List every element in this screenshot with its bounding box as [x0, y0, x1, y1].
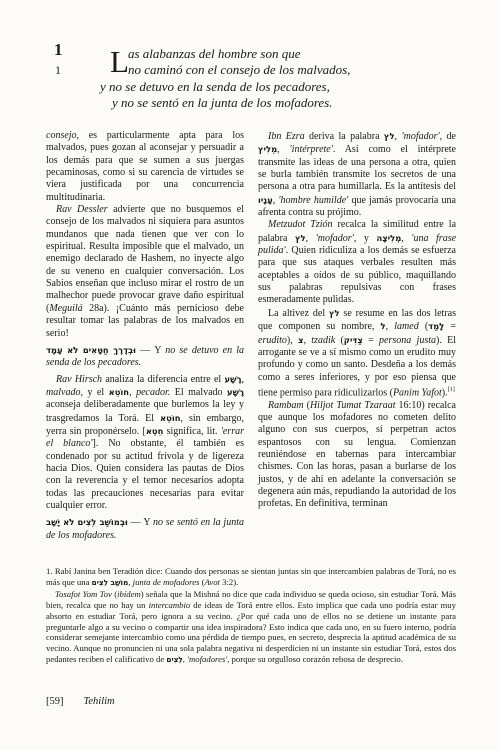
hebrew-text: וּבְמוֹשַׁב לֵצִים לֹא יָשָׁב — [46, 517, 128, 527]
page-number: [59] — [46, 696, 64, 707]
text-segment: Tosafot Yom Tov — [55, 589, 112, 599]
hebrew-text: מְלִיצָה — [376, 233, 401, 243]
hebrew-text: וּבְדֶרֶךְ חַטָּאִים לֹא עָמָד — [46, 345, 136, 355]
text-segment: = — [444, 321, 456, 332]
hebrew-text: עָנָיו — [258, 195, 273, 205]
text-segment: . Quien ridiculiza a los demás se esfuer… — [258, 245, 456, 305]
text-segment: Meguilá — [49, 303, 82, 314]
text-segment: , y — [354, 233, 377, 244]
text-segment: El malvado — [170, 387, 227, 398]
text-segment: , — [242, 374, 245, 385]
text-segment: 3:2). — [220, 577, 238, 587]
text-segment: ibídem — [117, 589, 141, 599]
text-segment: — Y — [128, 517, 153, 528]
text-segment: , porque su orgulloso corazón rebosa de … — [227, 654, 403, 664]
text-segment: advierte que no busquemos el consejo de … — [46, 204, 244, 314]
hebrew-text: רָשָׁע — [225, 374, 242, 384]
text-segment: significa, lit. — [163, 426, 220, 437]
poem-line: y no se sentó en la junta de los mofador… — [112, 95, 440, 111]
hebrew-text: חֵטְא — [146, 426, 164, 436]
hebrew-text: צַדִּיק — [344, 335, 363, 345]
text-segment: , — [386, 321, 395, 332]
text-segment: La altivez del — [268, 308, 329, 319]
text-segment: Rav Hirsch — [56, 374, 102, 385]
text-segment: persona justa — [379, 335, 436, 346]
commentary-columns: consejo, es particularmente apta para lo… — [46, 130, 456, 545]
text-segment: y el — [83, 387, 109, 398]
text-segment: malvado, — [46, 387, 83, 398]
hebrew-text: רָשָׁע — [227, 387, 244, 397]
hebrew-text: מוֹשַׁב לֵצִים — [92, 578, 129, 587]
poem-line: y no se detuvo en la senda de los pecado… — [100, 79, 440, 95]
text-segment: , de — [440, 131, 456, 142]
hebrew-text: לץ — [329, 308, 340, 318]
text-segment: intercambio — [149, 600, 191, 610]
hebrew-text: חוֹטֵא — [160, 413, 180, 423]
text-segment: — Y — [136, 345, 165, 356]
hebrew-text: חוֹטֵא — [109, 387, 129, 397]
text-segment: Rambam — [268, 400, 304, 411]
footnote-paragraph: Tosafot Yom Tov (ibídem) señala que la M… — [46, 589, 456, 666]
commentary-paragraph: Rambam (Hiljot Tumat Tzaraat 16:10) reca… — [258, 400, 456, 511]
text-segment: junta de mofadores — [133, 577, 200, 587]
text-segment: ( — [419, 321, 428, 332]
text-segment: , — [306, 233, 316, 244]
commentary-paragraph: Rav Dessler advierte que no busquemos el… — [46, 204, 244, 340]
text-segment: ), — [287, 335, 298, 346]
hebrew-text: לץ — [295, 233, 306, 243]
right-column: Ibn Ezra deriva la palabra לץ, 'mofador'… — [258, 130, 456, 545]
verse-poem: L as alabanzas del hombre son que no cam… — [60, 46, 440, 111]
text-segment: , — [401, 233, 411, 244]
commentary-paragraph: Metzudot Tzión recalca la similitud entr… — [258, 219, 456, 306]
text-segment: 'intérprete' — [290, 144, 333, 155]
hebrew-text: לֵצִים — [166, 655, 182, 664]
book-page: 1 1 L as alabanzas del hombre son que no… — [0, 0, 500, 750]
text-segment: ( — [335, 335, 344, 346]
commentary-paragraph: Rav Hirsch analiza la diferencia entre e… — [46, 373, 244, 513]
text-segment: consejo, — [46, 130, 79, 141]
commentary-paragraph: Ibn Ezra deriva la palabra לץ, 'mofador'… — [258, 130, 456, 219]
text-segment: , — [129, 387, 136, 398]
text-segment: Panim Yafot — [393, 387, 442, 398]
text-segment: pecador. — [136, 387, 170, 398]
footnote-paragraph: 1. Rabí Janina ben Teradión dice: Cuando… — [46, 566, 456, 589]
text-segment: 'mofadores' — [187, 654, 227, 664]
footnote-ref: [1] — [448, 386, 455, 393]
text-segment: Hiljot Tumat Tzaraat — [310, 400, 396, 411]
hebrew-text: לץ — [384, 131, 395, 141]
verse-phrase-paragraph: וּבְדֶרֶךְ חַטָּאִים לֹא עָמָד — Y no se… — [46, 344, 244, 370]
text-segment: = — [363, 335, 379, 346]
text-segment: Rav Dessler — [56, 204, 108, 215]
poem-line: no caminó con el consejo de los malvados… — [128, 62, 440, 78]
text-segment: 16:10) recalca que aunque los mofadores … — [258, 400, 456, 510]
drop-cap: L — [110, 46, 129, 77]
footnotes-section: 1. Rabí Janina ben Teradión dice: Cuando… — [46, 566, 456, 666]
text-segment: erudito — [258, 335, 287, 346]
text-segment: Ibn Ezra — [268, 131, 305, 142]
hebrew-text: מֵלִיץ — [258, 144, 277, 154]
verse-phrase-paragraph: וּבְמוֹשַׁב לֵצִים לֹא יָשָׁב — Y no se … — [46, 516, 244, 542]
text-segment: deriva la palabra — [305, 131, 384, 142]
text-segment: Metzudot Tzión — [268, 219, 333, 230]
text-segment: , — [277, 144, 289, 155]
commentary-paragraph: consejo, es particularmente apta para lo… — [46, 130, 244, 204]
hebrew-text: לָמַד — [428, 321, 444, 331]
text-segment: 'hombre humilde' — [278, 195, 348, 206]
text-segment: 'mofador' — [401, 131, 439, 142]
text-segment: tzadik — [311, 335, 335, 346]
book-title: Tehilim — [84, 696, 115, 707]
left-column: consejo, es particularmente apta para lo… — [46, 130, 244, 545]
text-segment: lamed — [394, 321, 418, 332]
commentary-paragraph: La altivez del לץ se resume en las dos l… — [258, 307, 456, 400]
text-segment: 'mofador' — [316, 233, 354, 244]
poem-line: as alabanzas del hombre son que — [128, 46, 440, 62]
text-segment: Avot — [205, 577, 220, 587]
text-segment: analiza la diferencia entre el — [102, 374, 224, 385]
page-footer: [59]Tehilim — [46, 696, 115, 707]
